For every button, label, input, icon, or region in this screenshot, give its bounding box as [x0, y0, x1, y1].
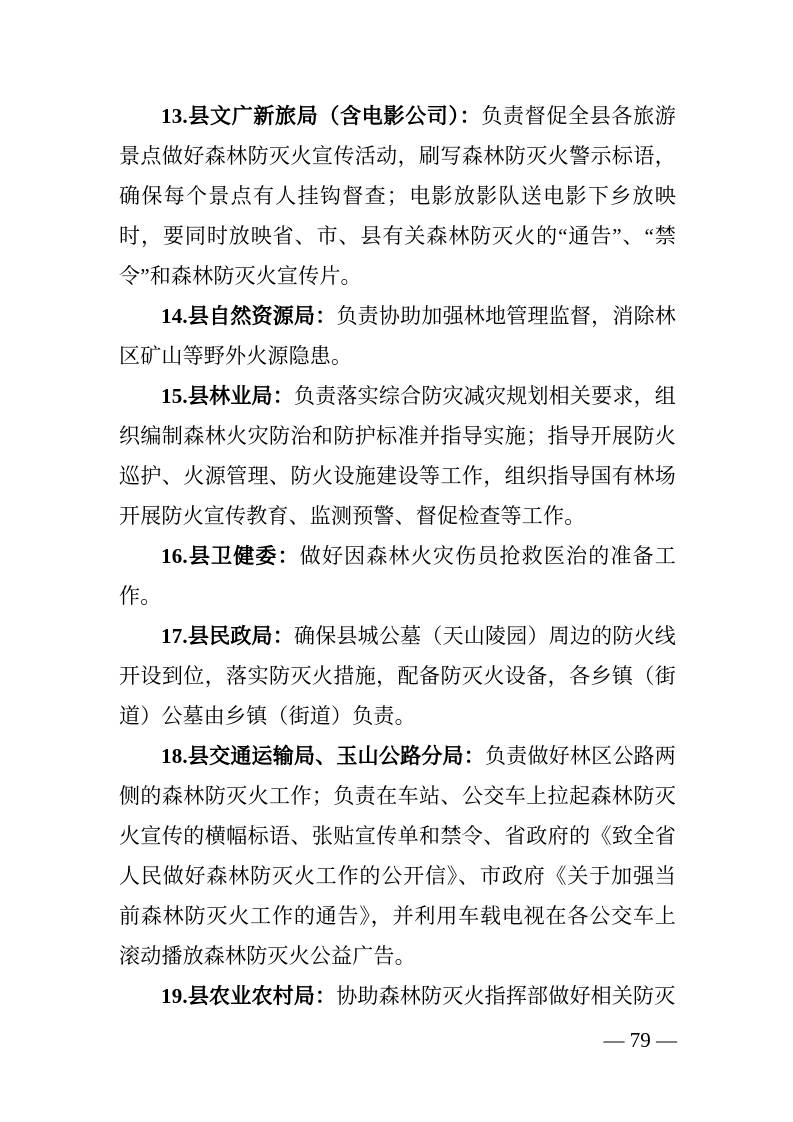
paragraph-17-head: 17.县民政局： [161, 624, 294, 648]
paragraph-18-body: 负责做好林区公路两侧的森林防灭火工作；负责在车站、公交车上拉起森林防灭火宣传的横… [119, 744, 676, 968]
paragraph-17: 17.县民政局：确保县城公墓（天山陵园）周边的防火线开设到位，落实防灭火措施，配… [119, 616, 676, 736]
paragraph-14: 14.县自然资源局：负责协助加强林地管理监督，消除林区矿山等野外火源隐患。 [119, 296, 676, 376]
paragraph-16-head: 16.县卫健委： [161, 544, 300, 568]
document-page: 13.县文广新旅局（含电影公司）：负责督促全县各旅游景点做好森林防灭火宣传活动，… [0, 0, 793, 1122]
paragraph-15-head: 15.县林业局： [161, 384, 294, 408]
paragraph-13-head: 13.县文广新旅局（含电影公司）： [161, 104, 481, 128]
paragraph-18: 18.县交通运输局、玉山公路分局：负责做好林区公路两侧的森林防灭火工作；负责在车… [119, 736, 676, 976]
paragraph-14-head: 14.县自然资源局： [161, 304, 336, 328]
paragraph-15: 15.县林业局：负责落实综合防灾减灾规划相关要求，组织编制森林火灾防治和防护标准… [119, 376, 676, 536]
page-number: — 79 — [604, 1028, 678, 1052]
page-footer: — 79 — [604, 1028, 678, 1052]
document-body: 13.县文广新旅局（含电影公司）：负责督促全县各旅游景点做好森林防灭火宣传活动，… [119, 96, 676, 1016]
paragraph-19-head: 19.县农业农村局： [161, 984, 336, 1008]
paragraph-18-head: 18.县交通运输局、玉山公路分局： [161, 744, 485, 768]
paragraph-16: 16.县卫健委：做好因森林火灾伤员抢救医治的准备工作。 [119, 536, 676, 616]
paragraph-13: 13.县文广新旅局（含电影公司）：负责督促全县各旅游景点做好森林防灭火宣传活动，… [119, 96, 676, 296]
paragraph-13-body: 负责督促全县各旅游景点做好森林防灭火宣传活动，刷写森林防灭火警示标语，确保每个景… [119, 104, 676, 288]
paragraph-19: 19.县农业农村局：协助森林防灭火指挥部做好相关防灭 [119, 976, 676, 1016]
paragraph-19-body: 协助森林防灭火指挥部做好相关防灭 [336, 984, 675, 1008]
